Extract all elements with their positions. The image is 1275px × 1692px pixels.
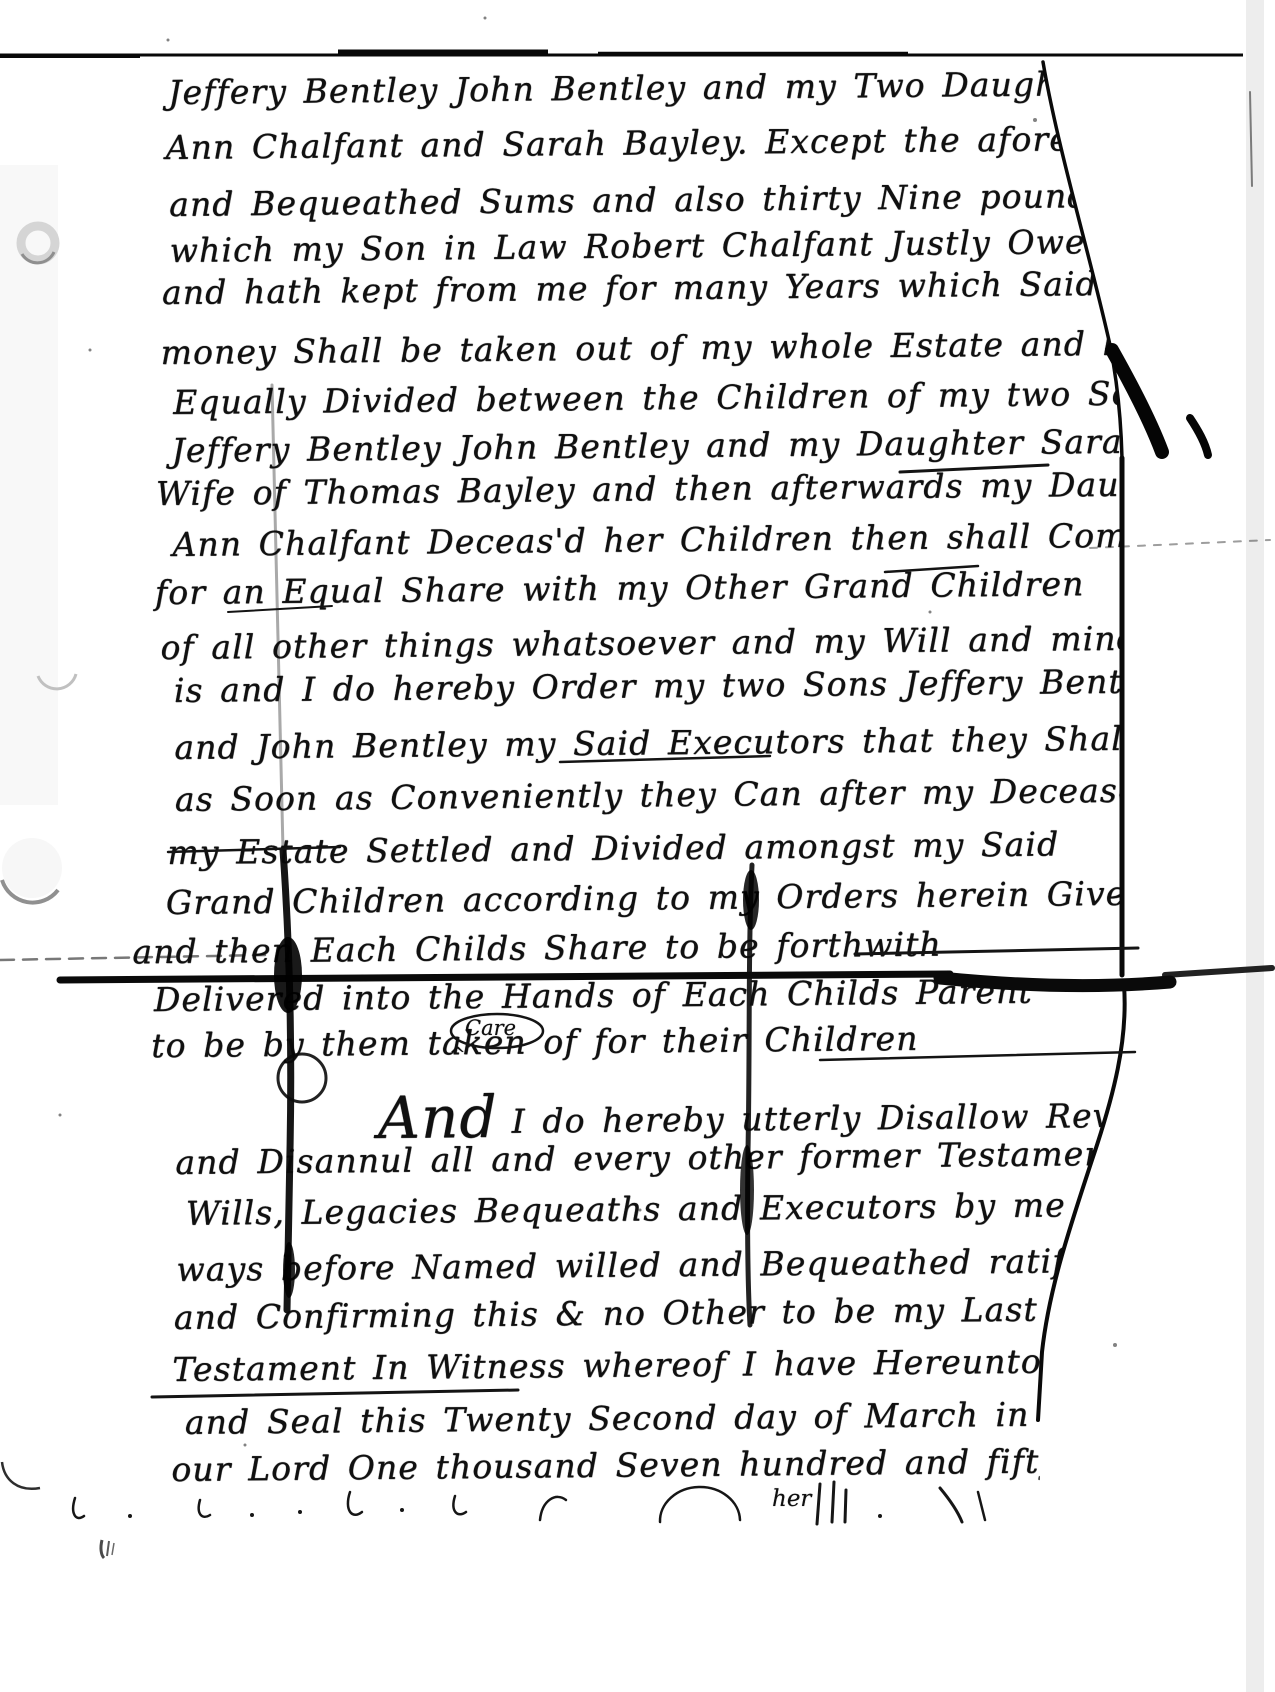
line-text: and Seal this Twenty Second day of March… bbox=[185, 1393, 1199, 1442]
manuscript-line: and Seal this Twenty Second day of March… bbox=[185, 1396, 1199, 1439]
manuscript-line: Equally Divided between the Children of … bbox=[173, 376, 1173, 419]
line-text: Jeffery Bentley John Bentley and my Daug… bbox=[171, 421, 1163, 470]
line-text: as Soon as Conveniently they Can after m… bbox=[175, 770, 1218, 819]
manuscript-line: Ann Chalfant and Sarah Bayley. Except th… bbox=[165, 121, 1204, 164]
manuscript-line: and hath kept from me for many Years whi… bbox=[162, 266, 1244, 309]
line-text: and Disannul all and every other former … bbox=[175, 1134, 1107, 1182]
manuscript-line: Jeffery Bentley John Bentley and my Daug… bbox=[171, 424, 1163, 467]
line-text: and then Each Childs Share to be forthwi… bbox=[132, 925, 942, 972]
manuscript-line: Wills, Legacies Bequeaths and Executors … bbox=[186, 1188, 1154, 1230]
manuscript-line: and Bequeathed Sums and also thirty Nine… bbox=[169, 179, 1108, 221]
line-text: which my Son in Law Robert Chalfant Just… bbox=[169, 221, 1177, 270]
line-text: ways before Named willed and Bequeathed … bbox=[176, 1241, 1085, 1289]
line-text: our Lord One thousand Seven hundred and … bbox=[171, 1441, 1106, 1489]
manuscript-line: as Soon as Conveniently they Can after m… bbox=[175, 773, 1218, 816]
manuscript-line: AndI do hereby utterly Disallow Revoke bbox=[378, 1077, 1176, 1143]
line-text: Equally Divided between the Children of … bbox=[173, 373, 1173, 422]
line-text: for an Equal Share with my Other Grand C… bbox=[155, 564, 1085, 612]
line-text: and John Bentley my Said Executors that … bbox=[174, 719, 1134, 767]
manuscript-line: Wife of Thomas Bayley and then afterward… bbox=[156, 467, 1216, 510]
manuscript-line: Delivered into the Hands of Each Childs … bbox=[154, 975, 1033, 1016]
manuscript-line: my Estate Settled and Divided amongst my… bbox=[167, 827, 1059, 869]
manuscript-line: which my Son in Law Robert Chalfant Just… bbox=[169, 224, 1177, 267]
interlined-word-care: Care bbox=[465, 1016, 516, 1040]
manuscript-line: ways before Named willed and Bequeathed … bbox=[176, 1244, 1085, 1286]
manuscript-line: money Shall be taken out of my whole Est… bbox=[160, 327, 1145, 369]
line-text: is and I do hereby Order my two Sons Jef… bbox=[174, 661, 1175, 710]
manuscript-line: and Disannul all and every other former … bbox=[175, 1137, 1107, 1179]
line-text: Ann Chalfant and Sarah Bayley. Except th… bbox=[165, 118, 1205, 167]
manuscript-line: to be by them taken of for their Childre… bbox=[151, 1022, 919, 1062]
manuscript-line: of all other things whatsoever and my Wi… bbox=[160, 622, 1139, 664]
line-text: Wills, Legacies Bequeaths and Executors … bbox=[186, 1185, 1154, 1233]
line-text: and Confirming this & no Other to be my … bbox=[174, 1289, 1124, 1337]
line-text: Jeffery Bentley John Bentley and my Two … bbox=[168, 64, 1128, 112]
manuscript-text: Jeffery Bentley John Bentley and my Two … bbox=[0, 0, 1275, 1692]
line-text: to be by them taken of for their Childre… bbox=[151, 1019, 919, 1065]
line-text: Ann Chalfant Deceas'd her Children then … bbox=[172, 515, 1199, 564]
manuscript-line: our Lord One thousand Seven hundred and … bbox=[171, 1444, 1106, 1486]
line-text: my Estate Settled and Divided amongst my… bbox=[167, 824, 1059, 872]
line-text: Grand Children according to my Orders he… bbox=[166, 874, 1149, 922]
insertion-caret: ^ bbox=[449, 1042, 466, 1066]
big-and-word: And bbox=[378, 1088, 498, 1147]
manuscript-line: is and I do hereby Order my two Sons Jef… bbox=[174, 664, 1175, 707]
line-text: money Shall be taken out of my whole Est… bbox=[160, 324, 1145, 372]
superscript-her-fragment: her bbox=[772, 1486, 811, 1512]
scanned-document-page: Jeffery Bentley John Bentley and my Two … bbox=[0, 0, 1275, 1692]
line-text: Delivered into the Hands of Each Childs … bbox=[154, 972, 1033, 1019]
line-text: Wife of Thomas Bayley and then afterward… bbox=[156, 464, 1216, 513]
manuscript-line: and Confirming this & no Other to be my … bbox=[174, 1292, 1124, 1334]
manuscript-line: for an Equal Share with my Other Grand C… bbox=[155, 567, 1085, 609]
line-text: and hath kept from me for many Years whi… bbox=[162, 263, 1244, 312]
line-text: of all other things whatsoever and my Wi… bbox=[160, 619, 1139, 667]
manuscript-line: Testament In Witness whereof I have Here… bbox=[172, 1343, 1225, 1386]
manuscript-line: and then Each Childs Share to be forthwi… bbox=[132, 928, 942, 969]
manuscript-line: Grand Children according to my Orders he… bbox=[166, 877, 1149, 919]
line-text: Testament In Witness whereof I have Here… bbox=[172, 1340, 1225, 1389]
manuscript-line: Ann Chalfant Deceas'd her Children then … bbox=[172, 518, 1199, 561]
manuscript-line: and John Bentley my Said Executors that … bbox=[174, 722, 1134, 764]
line-text: and Bequeathed Sums and also thirty Nine… bbox=[169, 176, 1108, 224]
manuscript-line: Jeffery Bentley John Bentley and my Two … bbox=[168, 67, 1128, 109]
